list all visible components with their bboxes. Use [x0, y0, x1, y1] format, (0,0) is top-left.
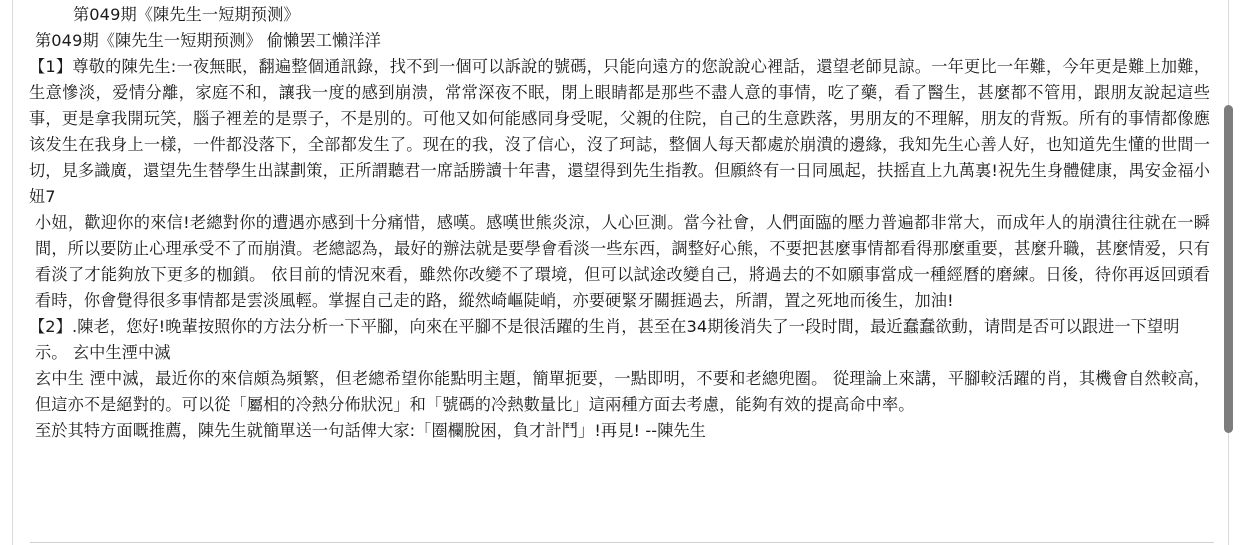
- document-body: 第049期《陳先生一短期预测》 第049期《陳先生一短期预测》 偷懶罢工懶洋洋 …: [35, 2, 1210, 444]
- bottom-divider: [30, 542, 1214, 543]
- reply-paragraph-1: 小妞，歡迎你的來信!老總對你的遭遇亦感到十分痛惜，感嘆。感嘆世熊炎涼，人心叵測。…: [35, 210, 1210, 314]
- letter-paragraph-2: 【2】.陳老，您好!晚輩按照你的方法分析一下平腳，向來在平腳不是很活躍的生肖，甚…: [29, 314, 1210, 340]
- vertical-scrollbar[interactable]: [1224, 0, 1234, 545]
- letter-paragraph-2-signature: 示。 玄中生湮中滅: [35, 340, 1210, 366]
- scrollbar-thumb[interactable]: [1224, 105, 1233, 433]
- closing-paragraph: 至於其特方面嘅推薦，陳先生就簡單送一句話俾大家:「圈欄脫困，負才計鬥」!再見! …: [35, 418, 1210, 444]
- page-title: 第049期《陳先生一短期预测》: [35, 2, 1210, 28]
- article-subtitle: 第049期《陳先生一短期预测》 偷懶罢工懶洋洋: [35, 28, 1210, 54]
- reply-paragraph-2: 玄中生 湮中滅，最近你的來信頗為頻繁，但老總希望你能點明主題，簡單扼要，一點即明…: [35, 366, 1210, 418]
- letter-paragraph-1: 【1】尊敬的陳先生:一夜無眠，翻遍整個通訊錄，找不到一個可以訴說的號碼，只能向遠…: [29, 54, 1210, 210]
